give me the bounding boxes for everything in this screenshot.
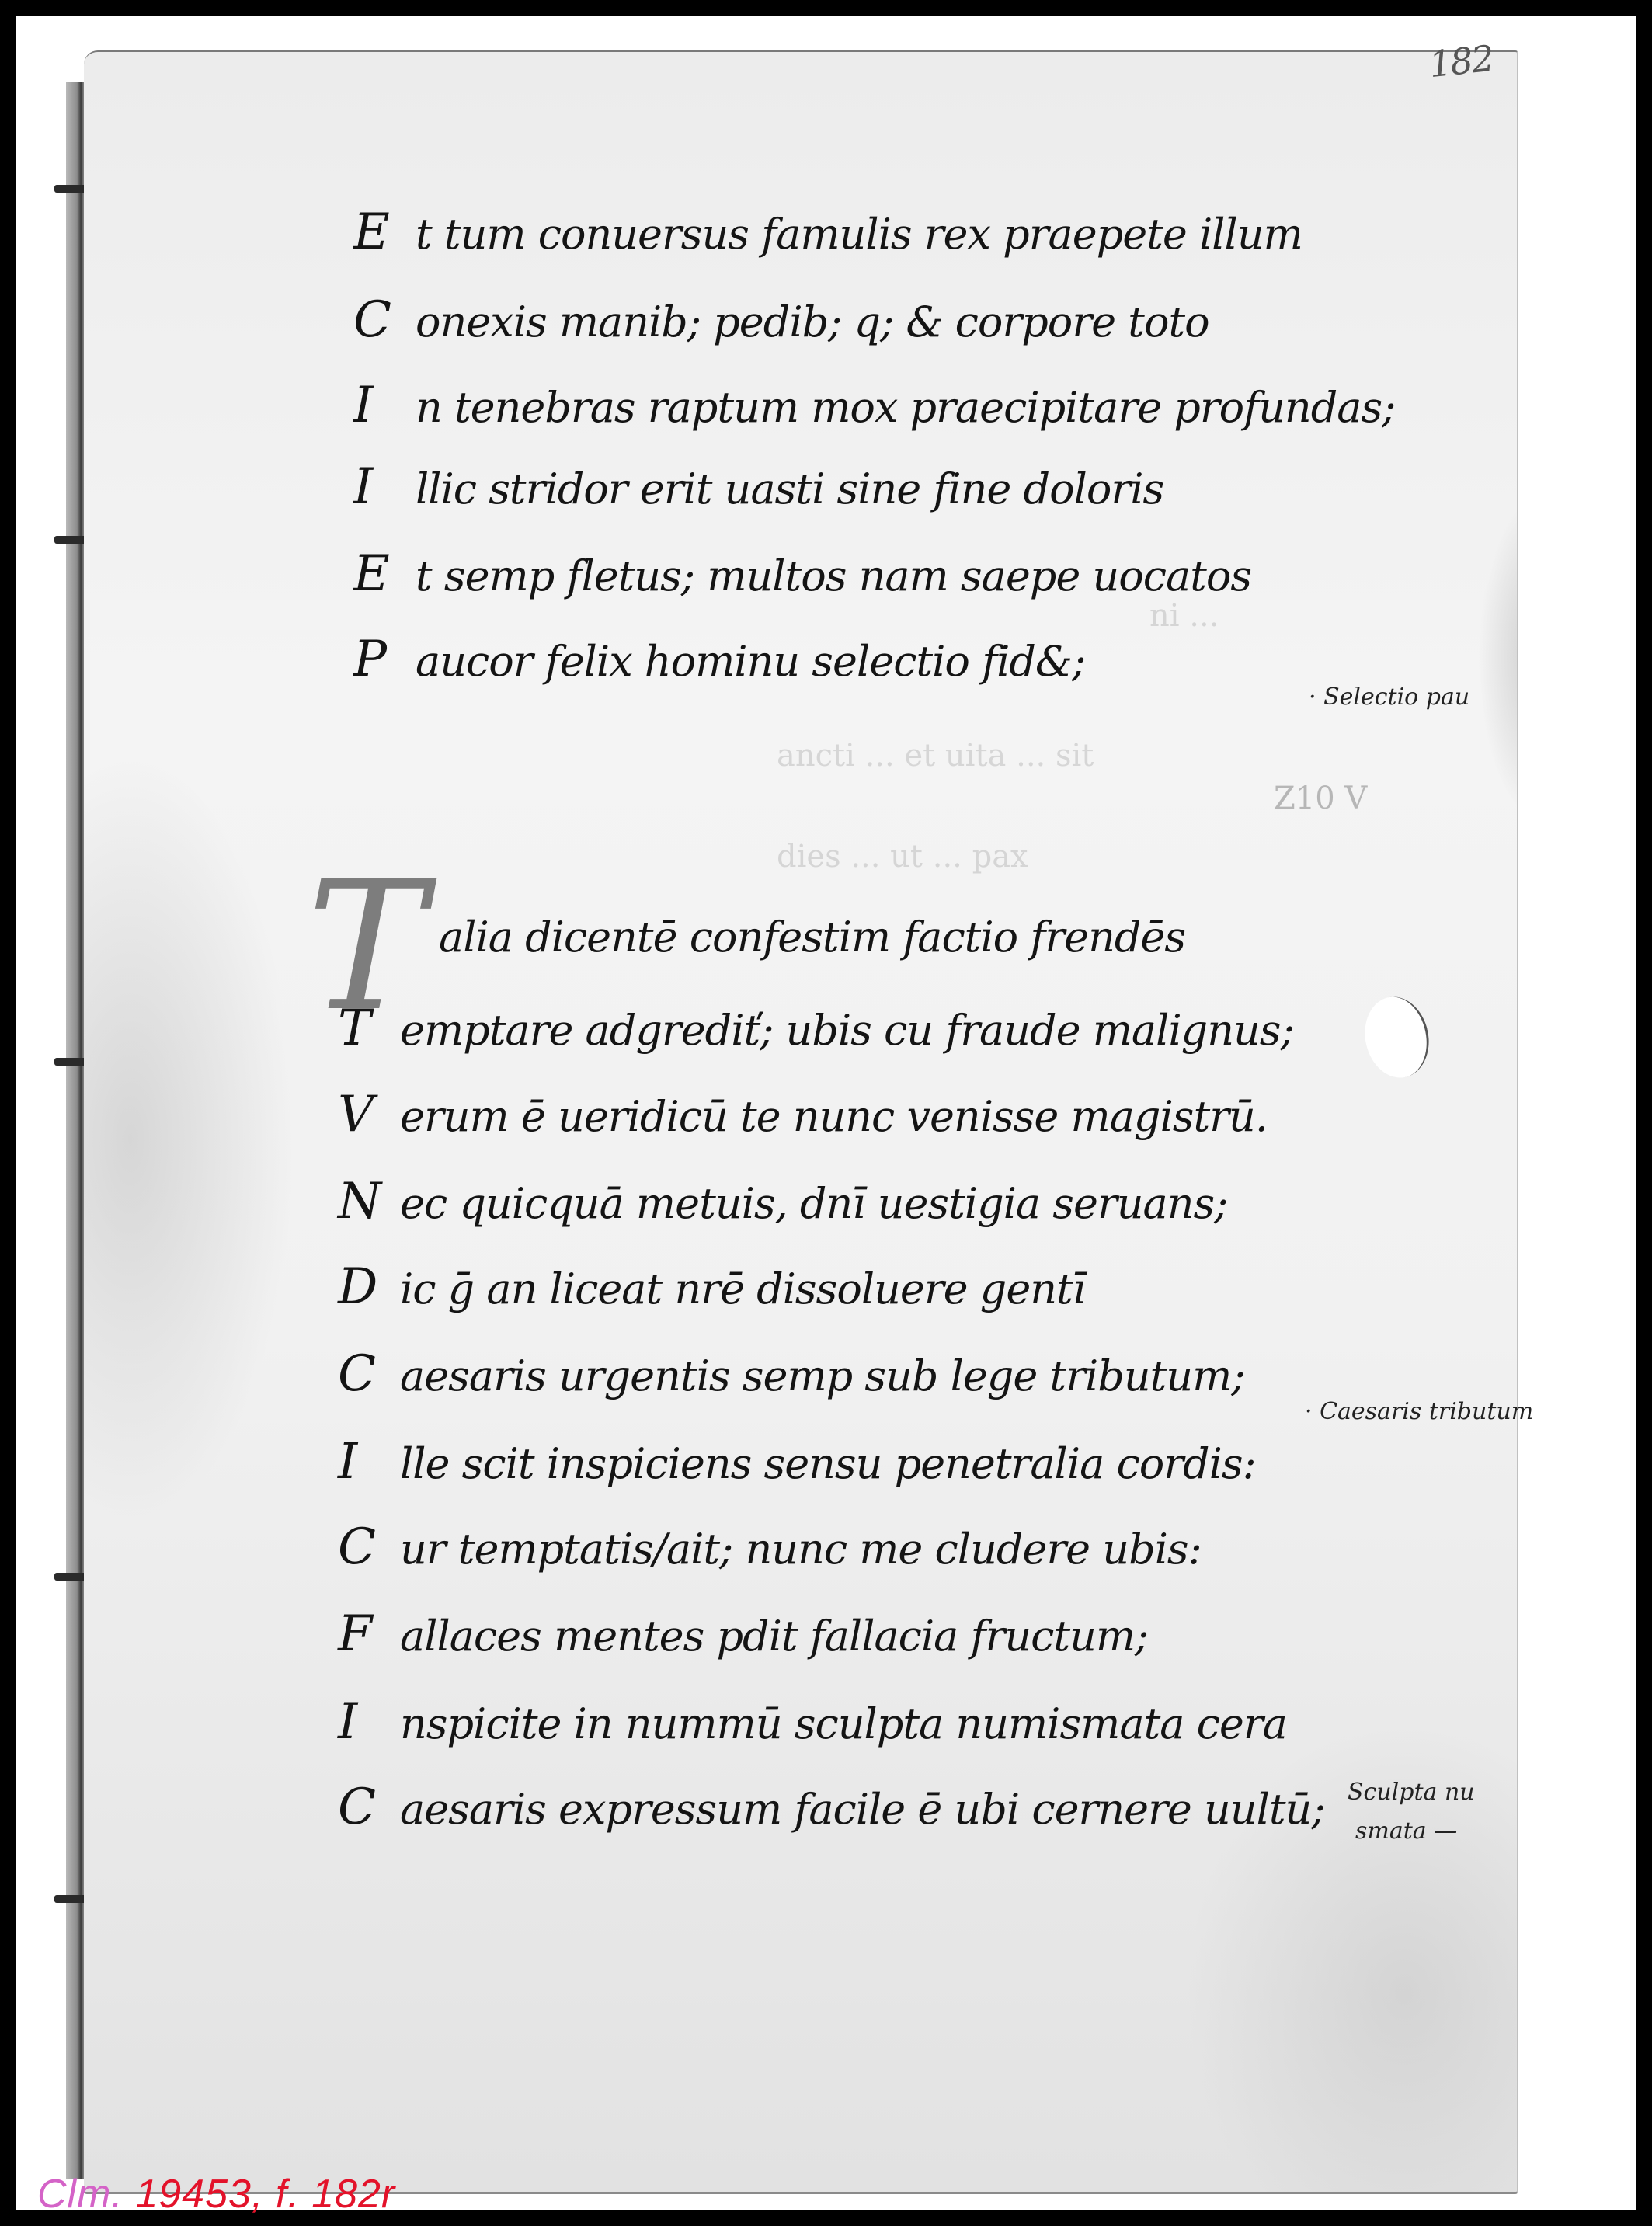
verse-line: Caesaris urgentis semp sub lege tributum… bbox=[338, 1345, 1245, 1403]
verse-line: alia dicentē confestim factio frendēs bbox=[439, 913, 1185, 962]
show-through-text: dies ... ut ... pax bbox=[777, 839, 1028, 875]
verse-line: In tenebras raptum mox praecipitare prof… bbox=[353, 377, 1395, 434]
verse-line: Et tum conuersus famulis rex praepete il… bbox=[353, 203, 1302, 261]
verse-line: Ille scit inspiciens sensu penetralia co… bbox=[338, 1433, 1256, 1490]
verse-line: Et semp fletus; multos nam saepe uocatos bbox=[353, 545, 1251, 603]
verse-line: Temptare adgrediť; ubis cu fraude malign… bbox=[338, 1000, 1294, 1057]
verse-line: Caesaris expressum facile ē ubi cernere … bbox=[338, 1779, 1325, 1836]
marginal-note: · Selectio pau bbox=[1309, 683, 1469, 711]
marginal-note: · Caesaris tributum bbox=[1305, 1398, 1533, 1425]
shelfmark-annotation: Clm. 19453, f. 182r bbox=[37, 2171, 395, 2217]
verse-line: Verum ē ueridicū te nunc venisse magistr… bbox=[338, 1086, 1268, 1143]
verse-line: Illic stridor erit uasti sine fine dolor… bbox=[353, 458, 1163, 516]
verse-line: Inspicite in nummū sculpta numismata cer… bbox=[338, 1693, 1287, 1751]
marginal-note: smata — bbox=[1355, 1817, 1457, 1845]
verse-line: Paucor felix hominu selectio fid&; bbox=[353, 631, 1085, 688]
show-through-text: Z10 V bbox=[1274, 781, 1367, 816]
show-through-text: ancti ... et uita ... sit bbox=[777, 738, 1094, 774]
verse-line: Fallaces mentes pdit fallacia fructum; bbox=[338, 1605, 1148, 1663]
marginal-note: Sculpta nu bbox=[1348, 1779, 1475, 1806]
verse-line: Dic ḡ an liceat nrē dissoluere gentī bbox=[338, 1258, 1085, 1316]
verse-line: Conexis manib; pedib; q; & corpore toto bbox=[353, 291, 1209, 349]
verse-line: Cur temptatis/ait; nunc me cludere ubis: bbox=[338, 1518, 1202, 1576]
verse-line: Nec quicquā metuis, dnī uestigia seruans… bbox=[338, 1173, 1227, 1230]
folio-number: 182 bbox=[1427, 37, 1494, 85]
show-through-text: ni ... bbox=[1149, 598, 1219, 634]
